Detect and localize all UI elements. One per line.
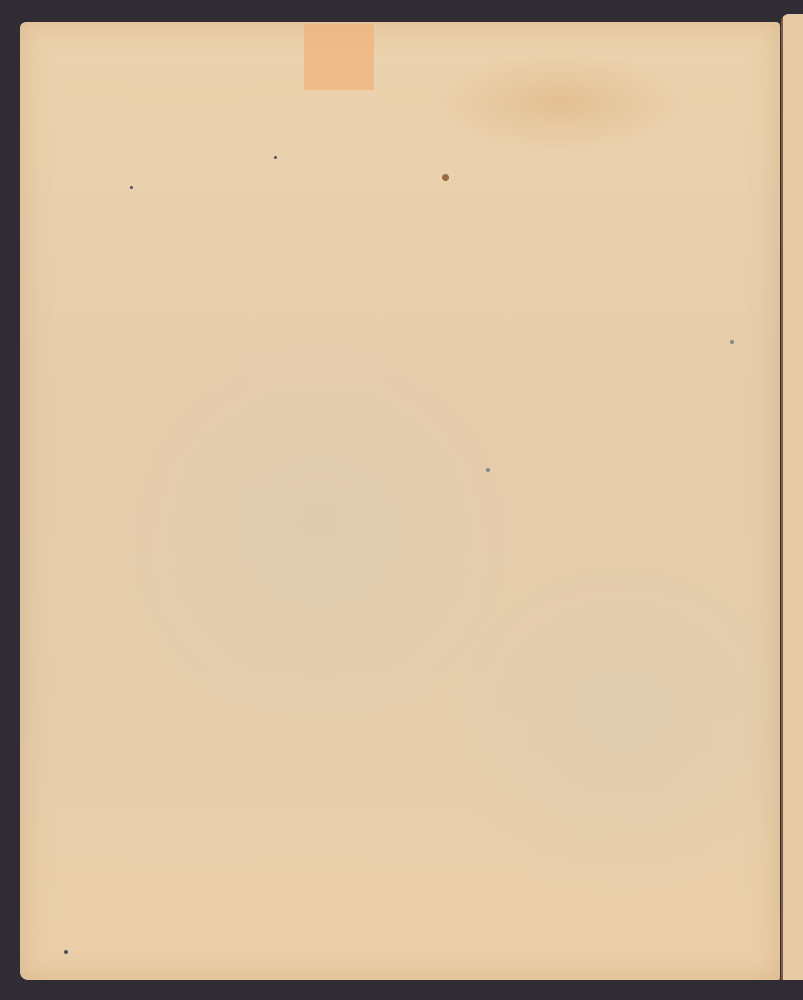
blank-paper-page (20, 22, 780, 980)
ink-spot (274, 156, 277, 159)
ink-spot (64, 950, 68, 954)
ink-spot (730, 340, 734, 344)
adjacent-page-edge (781, 14, 803, 980)
ink-spot (486, 468, 490, 472)
ink-spot (130, 186, 133, 189)
ink-spot (442, 174, 449, 181)
faded-stamp-mark (304, 24, 374, 90)
